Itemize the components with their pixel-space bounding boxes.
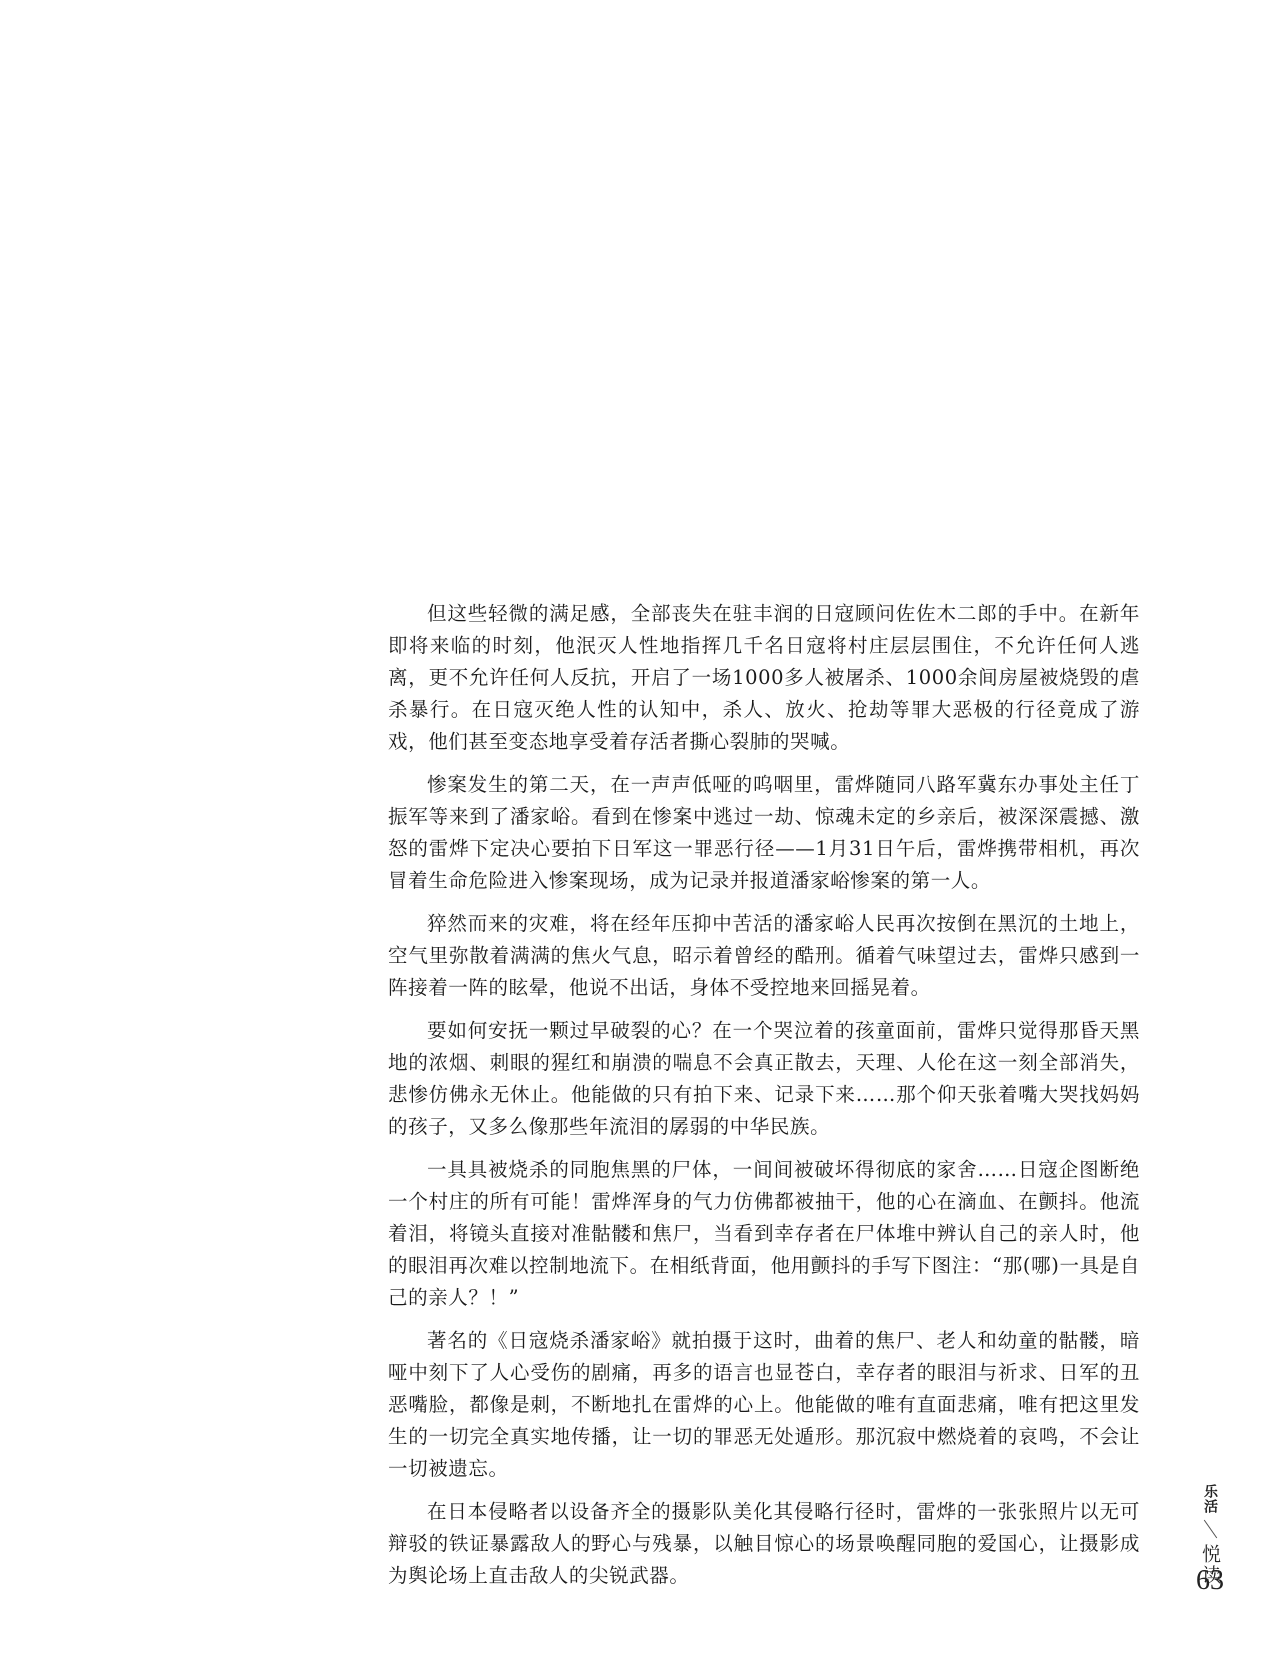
- paragraph: 在日本侵略者以设备齐全的摄影队美化其侵略行径时，雷烨的一张张照片以无可辩驳的铁证…: [388, 1496, 1140, 1592]
- article-body: 但这些轻微的满足感，全部丧失在驻丰润的日寇顾问佐佐木二郎的手中。在新年即将来临的…: [388, 598, 1140, 1603]
- paragraph: 要如何安抚一颗过早破裂的心？在一个哭泣着的孩童面前，雷烨只觉得那昏天黑地的浓烟、…: [388, 1015, 1140, 1143]
- paragraph: 惨案发生的第二天，在一声声低哑的呜咽里，雷烨随同八路军冀东办事处主任丁振军等来到…: [388, 769, 1140, 897]
- paragraph: 猝然而来的灾难，将在经年压抑中苦活的潘家峪人民再次按倒在黑沉的土地上，空气里弥散…: [388, 908, 1140, 1004]
- paragraph: 一具具被烧杀的同胞焦黑的尸体，一间间被破坏得彻底的家舍……日寇企图断绝一个村庄的…: [388, 1154, 1140, 1314]
- section-label: 乐活: [1202, 1484, 1218, 1514]
- page-number: 63: [1188, 1565, 1232, 1597]
- paragraph: 但这些轻微的满足感，全部丧失在驻丰润的日寇顾问佐佐木二郎的手中。在新年即将来临的…: [388, 598, 1140, 758]
- paragraph: 著名的《日寇烧杀潘家峪》就拍摄于这时，曲着的焦尸、老人和幼童的骷髅，暗哑中刻下了…: [388, 1325, 1140, 1485]
- slash-divider: [1203, 1520, 1216, 1539]
